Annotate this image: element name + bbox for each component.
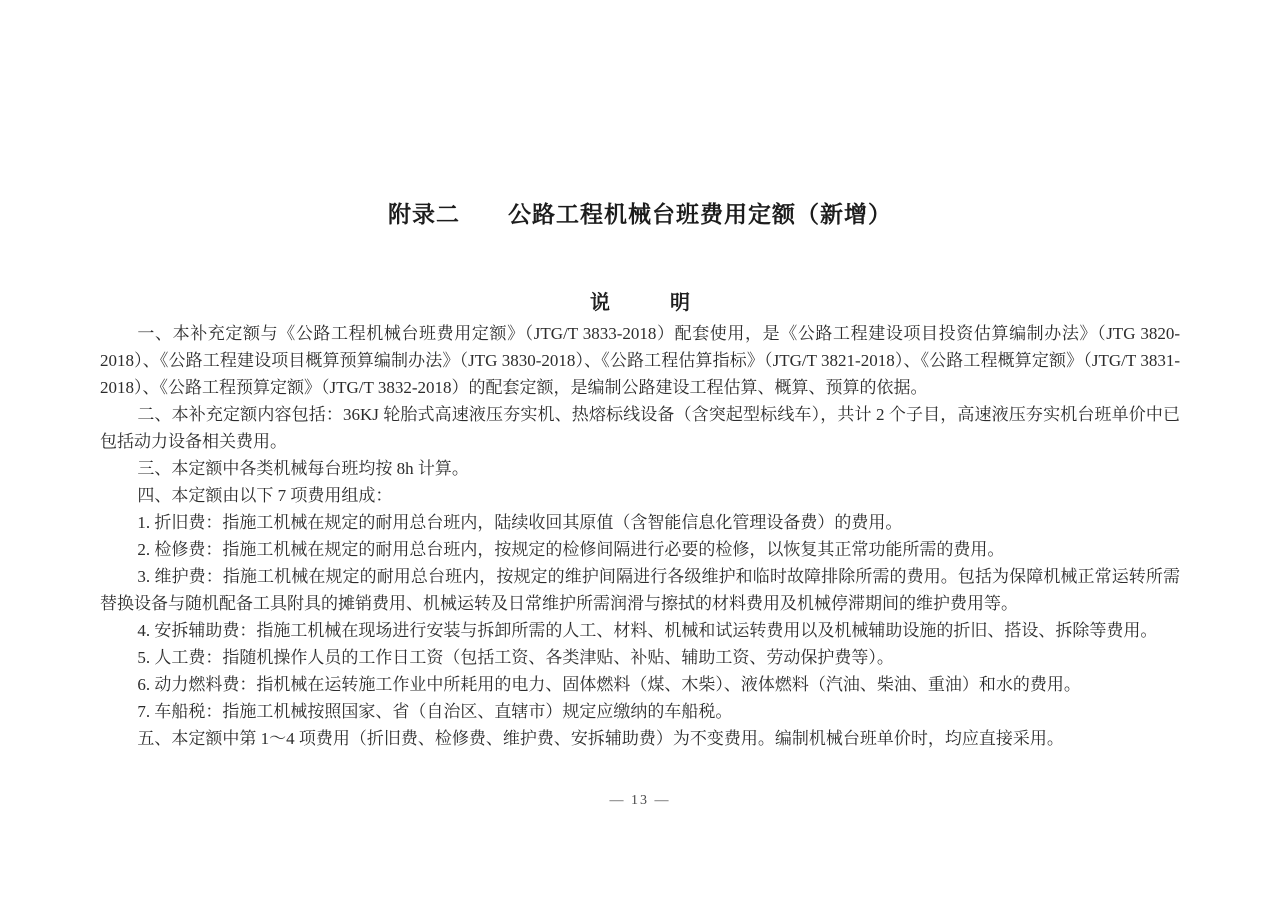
- paragraph: 5. 人工费：指随机操作人员的工作日工资（包括工资、各类津贴、补贴、辅助工资、劳…: [100, 644, 1180, 671]
- paragraph: 五、本定额中第 1～4 项费用（折旧费、检修费、维护费、安拆辅助费）为不变费用。…: [100, 725, 1180, 752]
- paragraph: 3. 维护费：指施工机械在规定的耐用总台班内，按规定的维护间隔进行各级维护和临时…: [100, 563, 1180, 617]
- paragraph: 1. 折旧费：指施工机械在规定的耐用总台班内，陆续收回其原值（含智能信息化管理设…: [100, 509, 1180, 536]
- paragraph: 二、本补充定额内容包括：36KJ 轮胎式高速液压夯实机、热熔标线设备（含突起型标…: [100, 401, 1180, 455]
- paragraph: 2. 检修费：指施工机械在规定的耐用总台班内，按规定的检修间隔进行必要的检修，以…: [100, 536, 1180, 563]
- paragraph: 三、本定额中各类机械每台班均按 8h 计算。: [100, 455, 1180, 482]
- section-heading: 说 明: [0, 286, 1280, 315]
- paragraph: 6. 动力燃料费：指机械在运转施工作业中所耗用的电力、固体燃料（煤、木柴）、液体…: [100, 671, 1180, 698]
- page-number: — 13 —: [0, 793, 1280, 809]
- page-title: 附录二 公路工程机械台班费用定额（新增）: [0, 196, 1280, 229]
- paragraph: 一、本补充定额与《公路工程机械台班费用定额》（JTG/T 3833-2018）配…: [100, 320, 1180, 401]
- paragraph: 4. 安拆辅助费：指施工机械在现场进行安装与拆卸所需的人工、材料、机械和试运转费…: [100, 617, 1180, 644]
- paragraph: 四、本定额由以下 7 项费用组成：: [100, 482, 1180, 509]
- document-body: 一、本补充定额与《公路工程机械台班费用定额》（JTG/T 3833-2018）配…: [100, 320, 1180, 752]
- document-page: 附录二 公路工程机械台班费用定额（新增） 说 明 一、本补充定额与《公路工程机械…: [0, 0, 1280, 905]
- paragraph: 7. 车船税：指施工机械按照国家、省（自治区、直辖市）规定应缴纳的车船税。: [100, 698, 1180, 725]
